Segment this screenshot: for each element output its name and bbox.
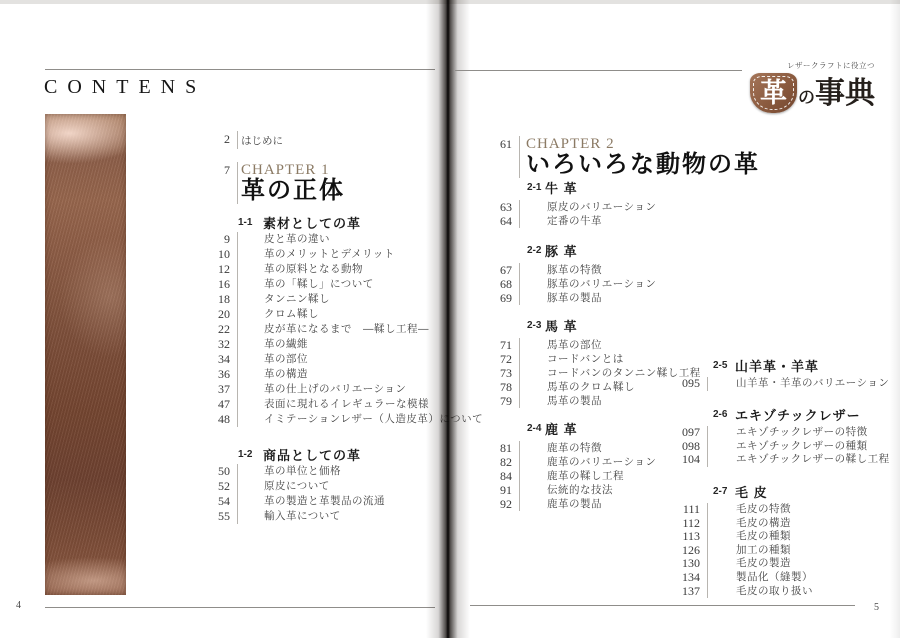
toc-label: 革の単位と価格 — [237, 464, 341, 479]
toc-item: 098 エキゾチックレザーの種類 — [650, 440, 890, 454]
toc-label: 定番の牛革 — [519, 214, 602, 228]
toc-label: 伝統的な技法 — [519, 483, 613, 497]
toc-label: 革の製造と革製品の流通 — [237, 494, 385, 509]
section-items: 097 エキゾチックレザーの特徴 098 エキゾチックレザーの種類 104 — [650, 426, 890, 467]
toc-item: 81 鹿革の特徴 — [462, 441, 656, 455]
toc-page-number: 84 — [462, 469, 519, 483]
toc-item: 84 鹿革の鞣し工程 — [462, 469, 656, 483]
toc-page-number: 137 — [650, 585, 707, 599]
toc-label: 鹿革のバリエーション — [519, 455, 656, 469]
chapter-1-heading: 7 CHAPTER 1 革の正体 — [180, 162, 345, 204]
toc-item: 55 輸入革について — [180, 509, 385, 524]
section-items: 67 豚革の特徴 68 豚革のバリエーション 69 豚革の製品 — [462, 263, 656, 305]
toc-label: 革の部位 — [237, 352, 308, 367]
toc-page-number: 67 — [462, 263, 519, 277]
toc-page-number: 48 — [180, 412, 237, 427]
toc-label: 鹿革の製品 — [519, 497, 602, 511]
toc-page-number: 126 — [650, 544, 707, 558]
toc-page-number: 54 — [180, 494, 237, 509]
toc-section: 1-2 商品としての革 50 革の単位と価格 52 — [180, 444, 385, 524]
section-code: 2-6 — [713, 409, 735, 420]
toc-page-number: 097 — [650, 426, 707, 440]
toc-item: 63 原皮のバリエーション — [462, 200, 656, 214]
section-heading: 2-5 山羊革・羊革 — [650, 355, 889, 375]
toc-page-number: 9 — [180, 232, 237, 247]
toc-label: 革の仕上げのバリエーション — [237, 382, 406, 397]
section-code: 2-5 — [713, 360, 735, 371]
section-title: 馬 革 — [545, 316, 578, 335]
toc-section: 2-5 山羊革・羊革 095 山羊革・羊革のバリエーション — [650, 355, 889, 391]
section-title: 商品としての革 — [263, 445, 361, 464]
toc-page-number: 78 — [462, 380, 519, 394]
toc-label: 豚革の製品 — [519, 291, 602, 305]
toc-page-number: 112 — [650, 517, 707, 531]
toc-page-number: 2 — [180, 131, 237, 149]
section-code: 2-2 — [527, 245, 545, 256]
toc-page-number: 113 — [650, 530, 707, 544]
section-code: 2-7 — [713, 486, 735, 497]
toc-page-number: 81 — [462, 441, 519, 455]
toc-item: 104 エキゾチックレザーの鞣し工程 — [650, 453, 890, 467]
toc-page-number: 104 — [650, 453, 707, 467]
bottom-rule-right — [470, 605, 855, 606]
section-code: 1-1 — [238, 217, 263, 228]
toc-label: エキゾチックレザーの特徴 — [707, 426, 868, 440]
toc-label: コードバンとは — [519, 352, 624, 366]
section-title: 素材としての革 — [263, 213, 361, 232]
section-heading: 2-1 牛 革 — [462, 177, 656, 197]
toc-item: 112 毛皮の構造 — [650, 517, 813, 531]
toc-page-number: 098 — [650, 440, 707, 454]
toc-page-number: 130 — [650, 557, 707, 571]
toc-item: 52 原皮について — [180, 479, 385, 494]
section-items: 63 原皮のバリエーション 64 定番の牛革 — [462, 200, 656, 228]
left-toc-column: 2 はじめに 7 CHAPTER 1 革の正体 1-1 素材としての革 — [180, 0, 436, 638]
left-page-number: 4 — [16, 600, 21, 611]
toc-section: 2-6 エキゾチックレザー 097 エキゾチックレザーの特徴 098 — [650, 404, 890, 467]
toc-item: 64 定番の牛革 — [462, 214, 656, 228]
toc-page-number: 20 — [180, 307, 237, 322]
toc-page-number: 72 — [462, 352, 519, 366]
toc-label: 馬革の製品 — [519, 394, 602, 408]
toc-label: 革のメリットとデメリット — [237, 247, 395, 262]
toc-label: エキゾチックレザーの種類 — [707, 440, 868, 454]
toc-page-number: 61 — [462, 136, 519, 178]
toc-label: 原皮について — [237, 479, 330, 494]
toc-page-number: 52 — [180, 479, 237, 494]
toc-label: 山羊革・羊革のバリエーション — [707, 377, 889, 391]
toc-label: 豚革の特徴 — [519, 263, 602, 277]
toc-page-number: 55 — [180, 509, 237, 524]
toc-label: 鹿革の特徴 — [519, 441, 602, 455]
chapter-label: CHAPTER 1 — [241, 162, 345, 178]
toc-item: 137 毛皮の取り扱い — [650, 585, 813, 599]
toc-page-number: 22 — [180, 322, 237, 337]
toc-page-number: 91 — [462, 483, 519, 497]
section-title: 山羊革・羊革 — [735, 356, 819, 375]
toc-page-number: 134 — [650, 571, 707, 585]
leather-photo — [45, 114, 126, 595]
toc-label: 原皮のバリエーション — [519, 200, 656, 214]
toc-item: 095 山羊革・羊革のバリエーション — [650, 377, 889, 391]
toc-section: 2-7 毛 皮 111 毛皮の特徴 112 — [650, 481, 813, 598]
section-code: 2-4 — [527, 423, 545, 434]
toc-entry-intro: 2 はじめに — [180, 131, 283, 149]
chapter-title: 革の正体 — [241, 178, 345, 204]
toc-item: 097 エキゾチックレザーの特徴 — [650, 426, 890, 440]
toc-label: 加工の種類 — [707, 544, 791, 558]
toc-label: 革の構造 — [237, 367, 308, 382]
toc-item: 82 鹿革のバリエーション — [462, 455, 656, 469]
toc-label: 馬革の部位 — [519, 338, 602, 352]
scan-right-edge — [890, 0, 900, 638]
toc-page-number: 7 — [180, 162, 237, 204]
section-title: 牛 革 — [545, 178, 578, 197]
toc-page-number: 82 — [462, 455, 519, 469]
toc-section: 2-4 鹿 革 81 鹿革の特徴 82 — [462, 418, 656, 511]
toc-label: 鹿革の鞣し工程 — [519, 469, 624, 483]
toc-page-number: 68 — [462, 277, 519, 291]
toc-page-number: 34 — [180, 352, 237, 367]
toc-page-number: 64 — [462, 214, 519, 228]
toc-item: 67 豚革の特徴 — [462, 263, 656, 277]
toc-page-number: 63 — [462, 200, 519, 214]
toc-page-number: 18 — [180, 292, 237, 307]
logo-patch-character: 革 — [760, 80, 787, 107]
toc-label: 毛皮の種類 — [707, 530, 791, 544]
toc-label: 毛皮の製造 — [707, 557, 791, 571]
toc-label: 毛皮の取り扱い — [707, 585, 813, 599]
section-title: 毛 皮 — [735, 482, 768, 501]
toc-item: 113 毛皮の種類 — [650, 530, 813, 544]
section-heading: 2-6 エキゾチックレザー — [650, 404, 890, 424]
section-code: 2-3 — [527, 320, 545, 331]
toc-label: 馬革のクロム鞣し — [519, 380, 635, 394]
toc-label: タンニン鞣し — [237, 292, 330, 307]
toc-section: 2-2 豚 革 67 豚革の特徴 68 — [462, 240, 656, 305]
toc-page-number: 92 — [462, 497, 519, 511]
toc-page-number: 12 — [180, 262, 237, 277]
toc-label: 皮と革の違い — [237, 232, 330, 247]
toc-label: クロム鞣し — [237, 307, 319, 322]
toc-item: 126 加工の種類 — [650, 544, 813, 558]
toc-label: 皮が革になるまで ―鞣し工程― — [237, 322, 429, 337]
toc-page-number: 16 — [180, 277, 237, 292]
toc-label: 革の繊維 — [237, 337, 308, 352]
toc-page-number: 095 — [650, 377, 707, 391]
toc-page-number: 71 — [462, 338, 519, 352]
toc-label: 革の「鞣し」について — [237, 277, 374, 292]
section-items: 111 毛皮の特徴 112 毛皮の構造 113 毛皮の種類 — [650, 503, 813, 598]
section-heading: 2-7 毛 皮 — [650, 481, 813, 501]
toc-page-number: 47 — [180, 397, 237, 412]
toc-label: 輸入革について — [237, 509, 341, 524]
toc-label: 毛皮の特徴 — [707, 503, 791, 517]
section-heading: 2-2 豚 革 — [462, 240, 656, 260]
toc-section: 2-1 牛 革 63 原皮のバリエーション 64 — [462, 177, 656, 228]
toc-label: 表面に現れるイレギュラーな模様 — [237, 397, 429, 412]
toc-page-number: 32 — [180, 337, 237, 352]
section-items: 50 革の単位と価格 52 原皮について 54 革の製造と革製品の流 — [180, 464, 385, 524]
toc-item: 54 革の製造と革製品の流通 — [180, 494, 385, 509]
toc-item: 91 伝統的な技法 — [462, 483, 656, 497]
toc-label: 革の原料となる動物 — [237, 262, 363, 277]
toc-item: 50 革の単位と価格 — [180, 464, 385, 479]
section-code: 2-1 — [527, 182, 545, 193]
toc-label: 毛皮の構造 — [707, 517, 791, 531]
toc-item: 130 毛皮の製造 — [650, 557, 813, 571]
section-items: 81 鹿革の特徴 82 鹿革のバリエーション 84 鹿革の鞣し工程 — [462, 441, 656, 511]
section-code: 1-2 — [238, 449, 263, 460]
right-page-number: 5 — [874, 602, 879, 613]
section-heading: 1-2 商品としての革 — [180, 444, 385, 464]
toc-page-number: 111 — [650, 503, 707, 517]
toc-page-number: 73 — [462, 366, 519, 380]
bottom-rule-left — [45, 607, 435, 608]
toc-page-number: 10 — [180, 247, 237, 262]
toc-item: 92 鹿革の製品 — [462, 497, 656, 511]
toc-page-number: 36 — [180, 367, 237, 382]
section-heading: 2-4 鹿 革 — [462, 418, 656, 438]
toc-item: 134 製品化（縫製） — [650, 571, 813, 585]
toc-label: はじめに — [241, 135, 283, 147]
toc-item: 111 毛皮の特徴 — [650, 503, 813, 517]
toc-item: 69 豚革の製品 — [462, 291, 656, 305]
toc-page-number: 50 — [180, 464, 237, 479]
section-title: エキゾチックレザー — [735, 405, 861, 424]
section-title: 鹿 革 — [545, 419, 578, 438]
toc-label: 製品化（縫製） — [707, 571, 813, 585]
toc-label: 豚革のバリエーション — [519, 277, 656, 291]
toc-page-number: 79 — [462, 394, 519, 408]
toc-page-number: 37 — [180, 382, 237, 397]
book-spread: CONTENS 2 はじめに 7 CHAPTER 1 革の正体 1-1 素材とし… — [0, 0, 900, 638]
section-items: 095 山羊革・羊革のバリエーション — [650, 377, 889, 391]
toc-page-number: 69 — [462, 291, 519, 305]
section-title: 豚 革 — [545, 241, 578, 260]
toc-item: 68 豚革のバリエーション — [462, 277, 656, 291]
toc-label: エキゾチックレザーの鞣し工程 — [707, 453, 890, 467]
